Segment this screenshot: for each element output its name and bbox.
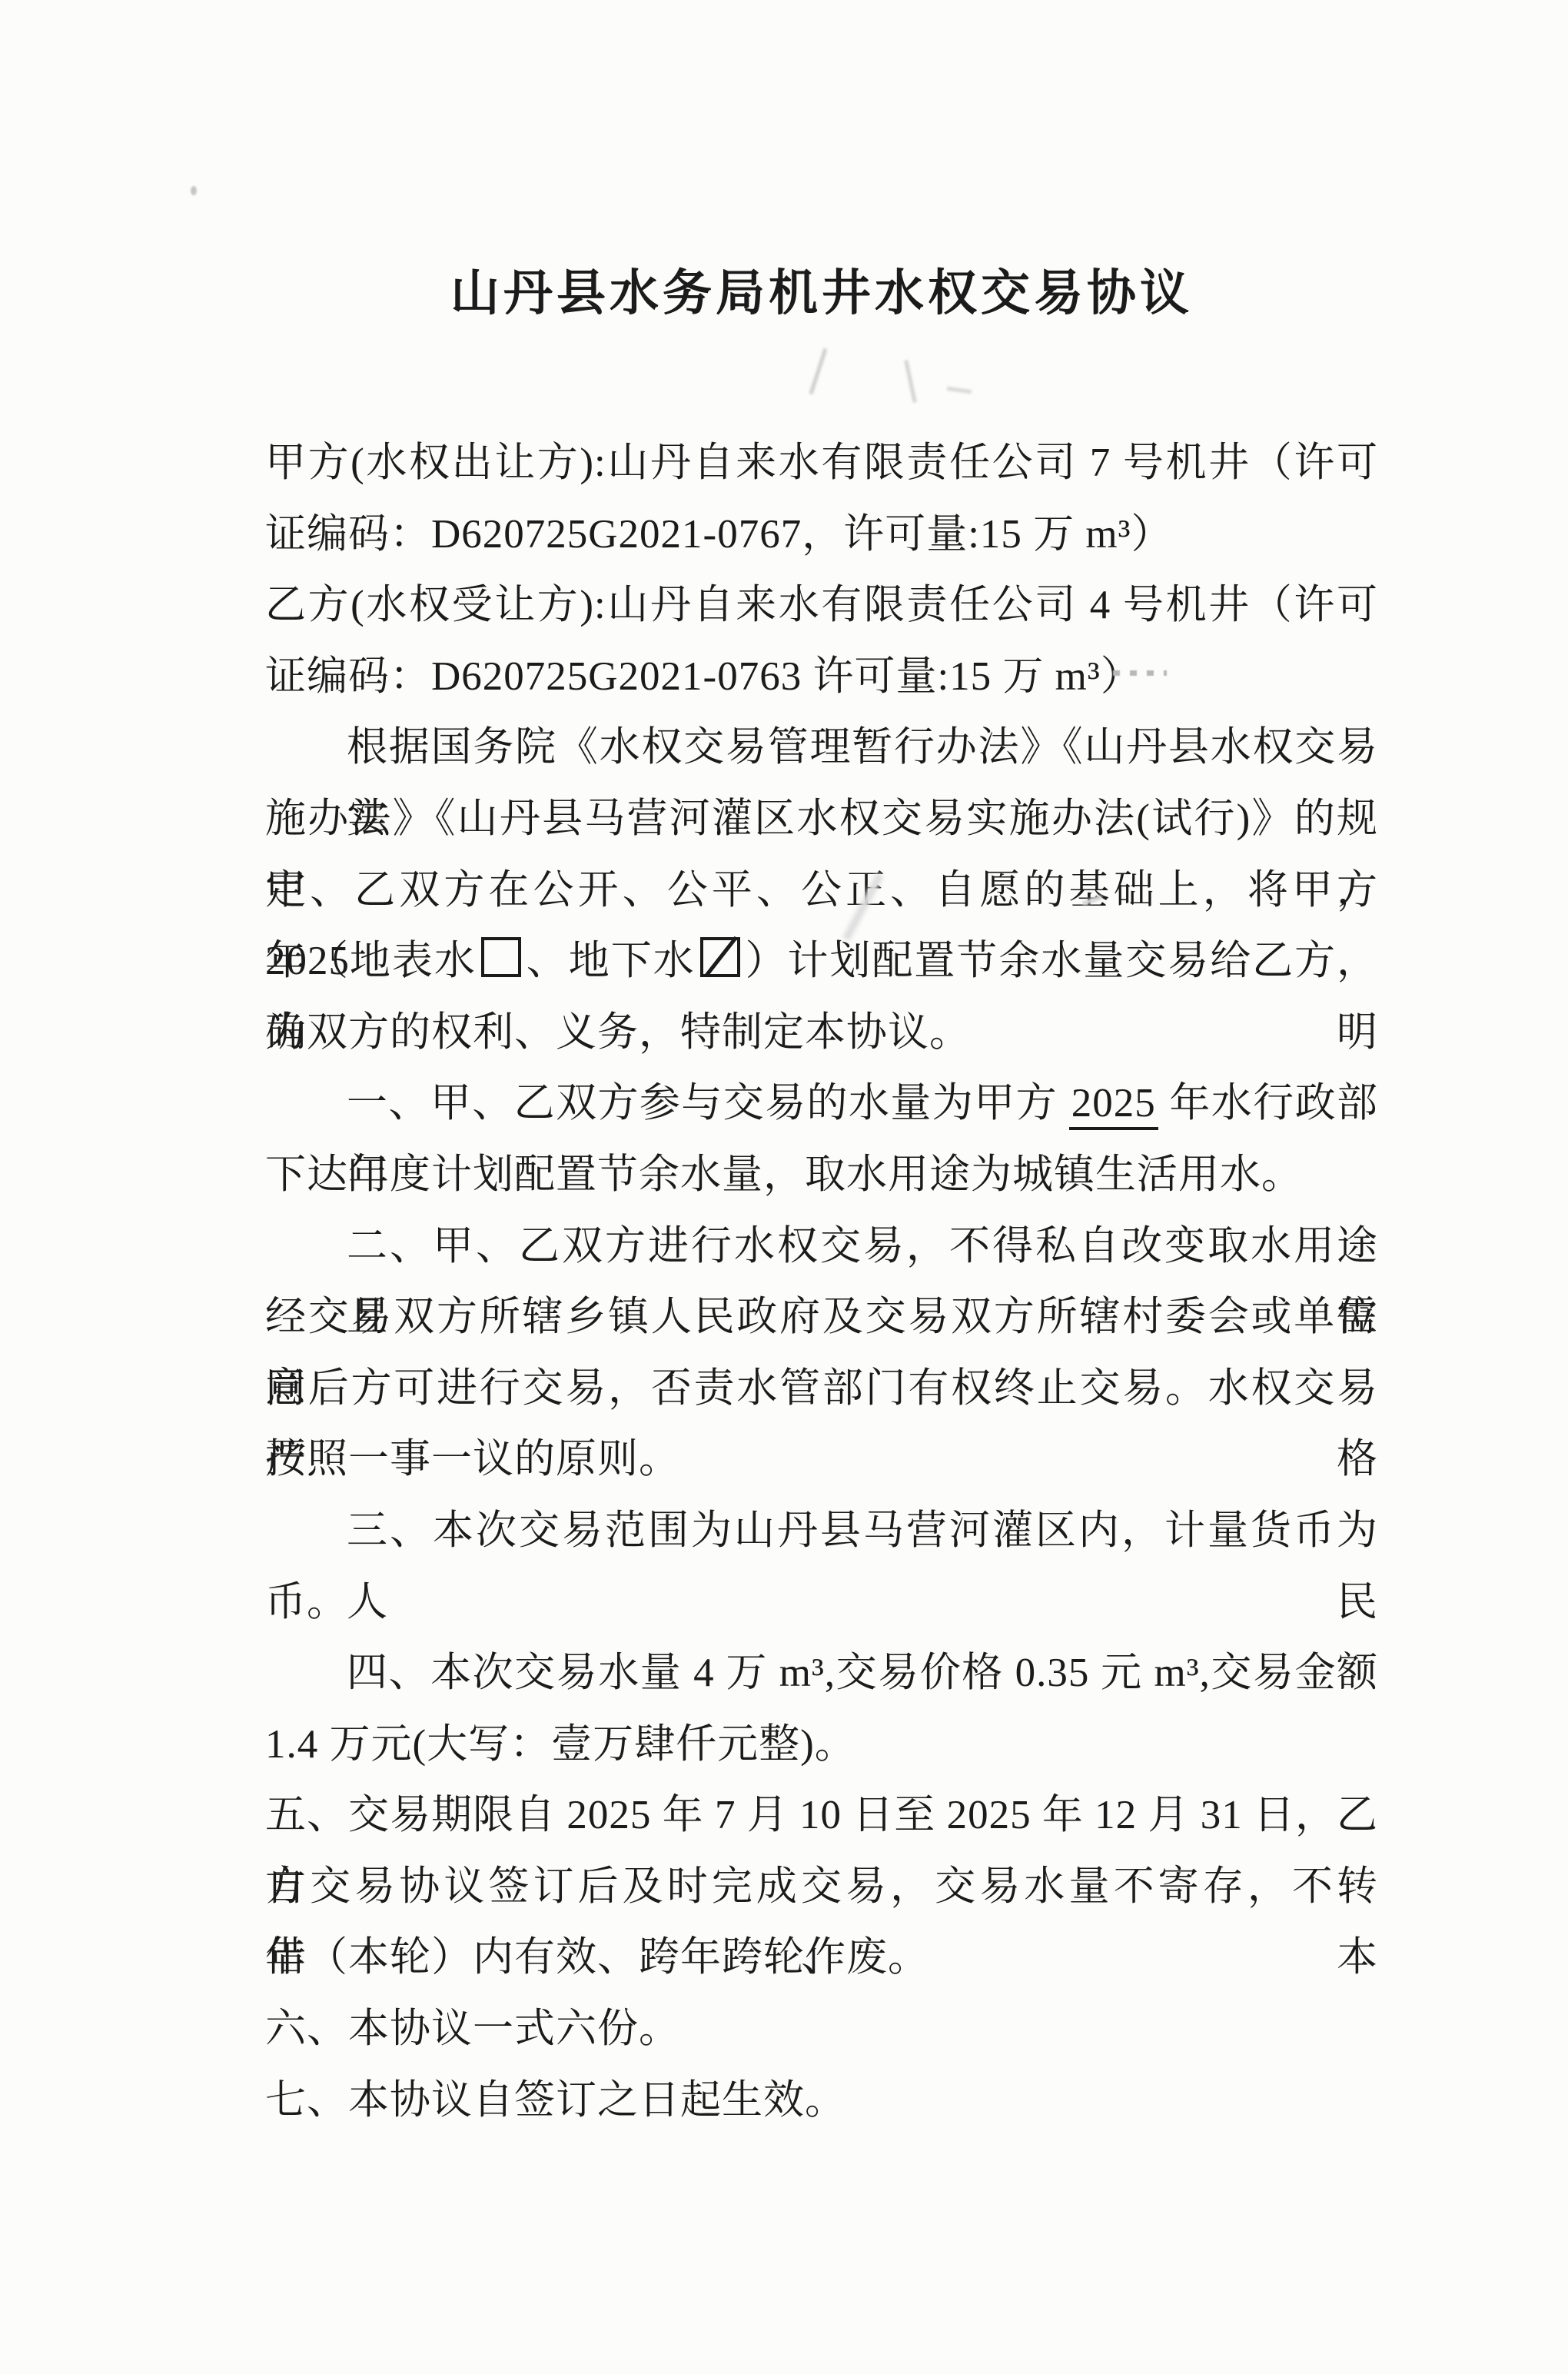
clause-2-line-3: 意后方可进行交易，否责水管部门有权终止交易。水权交易严格 bbox=[265, 1353, 1378, 1425]
surface-water-checkbox bbox=[481, 937, 521, 977]
clause-4-line-1: 四、本次交易水量 4 万 m³,交易价格 0.35 元 m³,交易金额 bbox=[265, 1638, 1378, 1709]
text-segment: 币。 bbox=[265, 1580, 348, 1624]
text-segment: 四、本次交易水量 4 万 m³,交易价格 0.35 元 m³,交易金额 bbox=[347, 1651, 1378, 1695]
text-segment: 乙方(水权受让方):山丹自来水有限责任公司 4 号机井（许可 bbox=[265, 583, 1378, 627]
text-segment: 证编码：D620725G2021-0763 许可量:15 万 m³） bbox=[265, 654, 1142, 699]
preamble-line-4: 年（地表水、地下水）计划配置节余水量交易给乙方，为明 bbox=[265, 926, 1378, 997]
text-segment: 证编码：D620725G2021-0767，许可量:15 万 m³） bbox=[265, 512, 1173, 557]
text-segment: 年（本轮）内有效、跨年跨轮作废。 bbox=[265, 1935, 929, 1980]
text-segment: 、地下水 bbox=[526, 939, 696, 983]
underlined-year: 2025 bbox=[1069, 1081, 1158, 1130]
clause-3-line-1: 三、本次交易范围为山丹县马营河灌区内，计量货币为人民 bbox=[265, 1495, 1378, 1567]
clause-2-line-2: 经交易双方所辖乡镇人民政府及交易双方所辖村委会或单位同 bbox=[265, 1282, 1378, 1353]
preamble-line-3: 甲、乙双方在公开、公平、公正、自愿的基础上，将甲方 2025 bbox=[265, 855, 1378, 926]
text-segment: 三、本次交易范围为山丹县马营河灌区内，计量货币为人民 bbox=[347, 1508, 1378, 1624]
clause-6-line-1: 六、本协议一式六份。 bbox=[265, 1993, 1378, 2065]
clause-5-line-2: 自交易协议签订后及时完成交易，交易水量不寄存，不转借、本 bbox=[265, 1851, 1378, 1923]
clause-4-line-2: 1.4 万元(大写：壹万肆仟元整)。 bbox=[265, 1709, 1378, 1780]
party-b-line-1: 乙方(水权受让方):山丹自来水有限责任公司 4 号机井（许可 bbox=[265, 570, 1378, 641]
text-segment: 年（地表水 bbox=[265, 939, 477, 983]
text-segment: 按照一事一议的原则。 bbox=[265, 1437, 680, 1481]
checkmark-slash bbox=[704, 936, 737, 978]
text-segment: 甲方(水权出让方):山丹自来水有限责任公司 7 号机井（许可 bbox=[265, 441, 1378, 485]
scan-smudge bbox=[947, 387, 972, 394]
scan-speck bbox=[191, 186, 197, 195]
ground-water-checkbox bbox=[700, 937, 740, 977]
clause-5-line-1: 五、交易期限自 2025 年 7 月 10 日至 2025 年 12 月 31 … bbox=[265, 1780, 1378, 1851]
party-a-line-2: 证编码：D620725G2021-0767，许可量:15 万 m³） bbox=[265, 499, 1378, 570]
text-segment: 1.4 万元(大写：壹万肆仟元整)。 bbox=[265, 1722, 856, 1767]
text-segment: 下达年度计划配置节余水量，取水用途为城镇生活用水。 bbox=[265, 1152, 1303, 1197]
party-a-line-1: 甲方(水权出让方):山丹自来水有限责任公司 7 号机井（许可 bbox=[265, 427, 1378, 499]
clause-1-line-1: 一、甲、乙双方参与交易的水量为甲方 2025 年水行政部门 bbox=[265, 1068, 1378, 1139]
clause-2-line-1: 二、甲、乙双方进行水权交易，不得私自改变取水用途且需 bbox=[265, 1211, 1378, 1282]
scan-smudge bbox=[809, 348, 828, 395]
preamble-line-1: 根据国务院《水权交易管理暂行办法》《山丹县水权交易实 bbox=[265, 712, 1378, 783]
document-body: 甲方(水权出让方):山丹自来水有限责任公司 7 号机井（许可证编码：D62072… bbox=[265, 427, 1378, 2136]
preamble-line-2: 施办法》《山丹县马营河灌区水权交易实施办法(试行)》的规定， bbox=[265, 783, 1378, 855]
text-segment: 七、本协议自签订之日起生效。 bbox=[265, 2078, 846, 2123]
scanned-agreement-page: 山丹县水务局机井水权交易协议 甲方(水权出让方):山丹自来水有限责任公司 7 号… bbox=[0, 0, 1568, 2374]
clause-1-line-2: 下达年度计划配置节余水量，取水用途为城镇生活用水。 bbox=[265, 1139, 1378, 1211]
text-segment: 一、甲、乙双方参与交易的水量为甲方 bbox=[347, 1081, 1069, 1125]
scan-smudge bbox=[904, 360, 917, 403]
party-b-line-2: 证编码：D620725G2021-0763 许可量:15 万 m³） bbox=[265, 641, 1378, 713]
text-segment: 六、本协议一式六份。 bbox=[265, 2007, 680, 2051]
clause-7-line-1: 七、本协议自签订之日起生效。 bbox=[265, 2065, 1378, 2136]
text-segment: 确双方的权利、义务，特制定本协议。 bbox=[265, 1010, 971, 1055]
document-title: 山丹县水务局机井水权交易协议 bbox=[265, 254, 1378, 324]
